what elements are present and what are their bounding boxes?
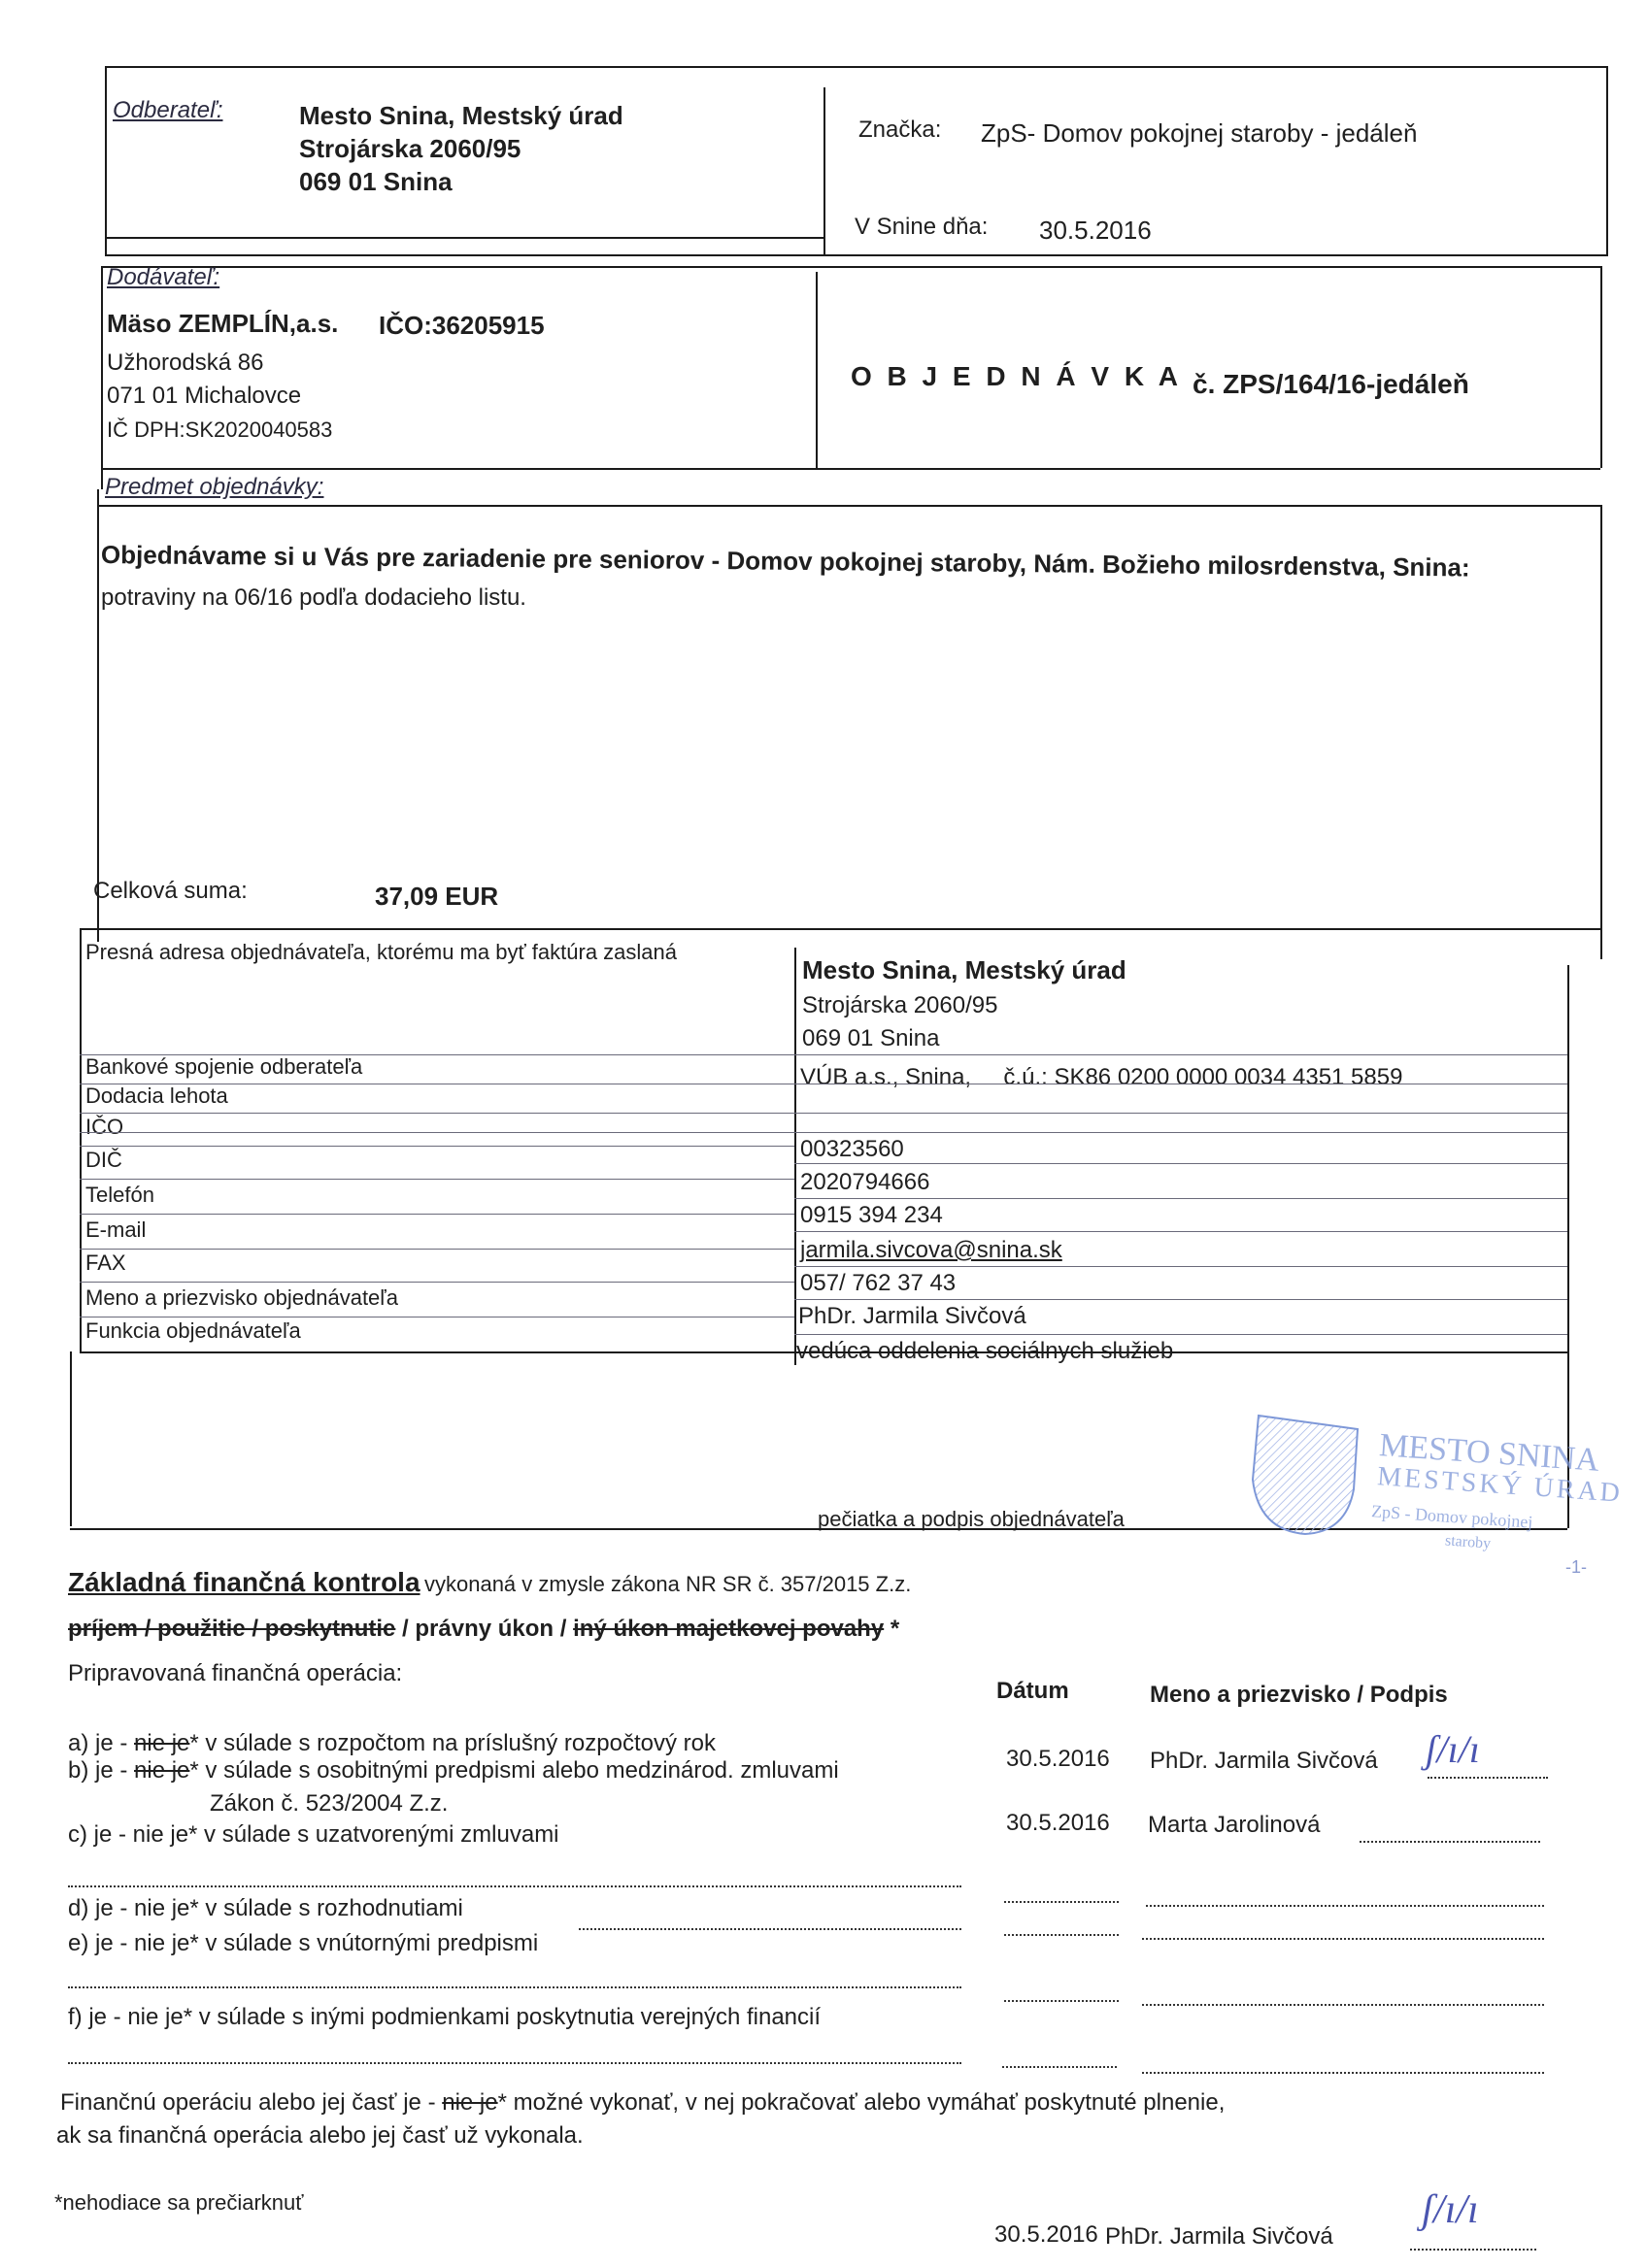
struck-type-1: príjem / použitie / poskytnutie (68, 1616, 395, 1642)
billing-row-label: Dodacia lehota (85, 1084, 228, 1109)
footnote: *nehodiace sa prečiarknuť (54, 2190, 304, 2216)
dotted-line-f (68, 2062, 961, 2064)
item-e: e) je - nie je* v súlade s vnútornými pr… (68, 1930, 538, 1957)
item-b: b) je - nie je* v súlade s osobitnými pr… (68, 1757, 839, 1784)
final-post: * možné vykonať, v nej pokračovať alebo … (498, 2089, 1226, 2116)
dotted-date-d (1004, 1901, 1119, 1903)
prep-label: Pripravovaná finančná operácia: (68, 1660, 402, 1687)
item-f: f) je - nie je* v súlade s inými podmien… (68, 2004, 821, 2031)
supplier-right-border (1600, 266, 1602, 468)
item-b-pre: b) je - (68, 1757, 134, 1784)
top-bottom-line (105, 237, 823, 239)
dotted-date-f (1004, 2000, 1119, 2002)
stamp-left-border (70, 1351, 72, 1526)
billing-top-line (80, 928, 1602, 930)
control-heading: Základná finančná kontrola vykonaná v zm… (68, 1567, 911, 1598)
item-d: d) je - nie je* v súlade s rozhodnutiami (68, 1895, 463, 1922)
top-divider (823, 87, 825, 256)
buyer-label: Odberateľ: (113, 97, 222, 124)
stamp-line-4: staroby (1444, 1532, 1491, 1552)
dotted-line-e (68, 1986, 961, 1988)
subject-line2: potraviny na 06/16 podľa dodacieho listu… (101, 584, 526, 612)
supplier-left-border (101, 266, 103, 489)
final-sig-name: PhDr. Jarmila Sivčová (1105, 2223, 1333, 2251)
row-divider (794, 1198, 1567, 1199)
row-divider (794, 1231, 1567, 1232)
billing-row-bank: Bankové spojenie odberateľa VÚB a.s., Sn… (80, 1054, 1567, 1084)
final-sig-line (1410, 2249, 1536, 2251)
dotted-name-e (1142, 1938, 1544, 1940)
billing-row-label: E-mail (85, 1217, 146, 1243)
type-asterisk: * (884, 1616, 899, 1642)
order-number: č. ZPS/164/16-jedáleň (1193, 369, 1469, 400)
billing-row-name: Meno a priezvisko objednávateľa (80, 1282, 794, 1315)
final-statement-1: Finančnú operáciu alebo jej časť je - ni… (60, 2089, 1225, 2117)
billing-row-label: Funkcia objednávateľa (85, 1318, 301, 1344)
supplier-ico: IČO:36205915 (379, 311, 545, 341)
billing-row-function: Funkcia objednávateľa (80, 1317, 794, 1350)
subject-right-border (1600, 505, 1602, 959)
billing-divider (794, 948, 796, 1365)
billing-row-fax: FAX (80, 1249, 794, 1282)
billing-address-city: 069 01 Snina (802, 1025, 939, 1052)
buyer-street: Strojárska 2060/95 (299, 134, 521, 164)
billing-bottom-line (80, 1351, 1567, 1353)
billing-row-label: FAX (85, 1251, 126, 1276)
billing-address-label: Presná adresa objednávateľa, ktorému ma … (85, 940, 677, 965)
sig-2-line (1360, 1841, 1540, 1843)
signature-final: ʃ/ı/ı (1422, 2186, 1479, 2233)
supplier-vat: IČ DPH:SK2020040583 (107, 417, 332, 443)
supplier-divider (816, 272, 818, 468)
dotted-name-d (1146, 1905, 1544, 1907)
billing-row-label: Bankové spojenie odberateľa (85, 1054, 362, 1080)
sig-1-date: 30.5.2016 (1006, 1746, 1110, 1773)
dotted-date-g (1002, 2066, 1117, 2068)
supplier-street: Užhorodská 86 (107, 350, 263, 377)
billing-row-value: 0915 394 234 (800, 1202, 943, 1229)
subject-label: Predmet objednávky: (105, 474, 323, 501)
sig-1-line (1428, 1777, 1548, 1779)
col-date-header: Dátum (996, 1678, 1069, 1705)
control-title: Základná finančná kontrola (68, 1567, 420, 1597)
row-divider (794, 1299, 1567, 1300)
billing-row-label: IČO (85, 1115, 123, 1140)
buyer-name: Mesto Snina, Mestský úrad (299, 101, 623, 131)
row-divider (80, 1132, 1567, 1133)
subject-left-border (97, 489, 99, 942)
email-link[interactable]: jarmila.sivcova@snina.sk (800, 1237, 1062, 1264)
dotted-line-c (68, 1885, 961, 1887)
kept-type: / právny úkon / (395, 1616, 573, 1642)
signature-1: ʃ/ı/ı (1426, 1726, 1480, 1772)
date-value: 30.5.2016 (1039, 216, 1152, 246)
billing-row-label: DIČ (85, 1148, 122, 1173)
item-a-struck: nie je (134, 1730, 189, 1756)
supplier-city: 071 01 Michalovce (107, 383, 301, 410)
billing-row-phone: Telefón (80, 1179, 794, 1212)
supplier-bottom-line (101, 468, 1600, 470)
row-divider (794, 1163, 1567, 1164)
item-b-text: * v súlade s osobitnými predpismi alebo … (189, 1757, 838, 1784)
billing-row-email: E-mail (80, 1214, 794, 1247)
billing-row-value: 057/ 762 37 43 (800, 1270, 956, 1297)
coat-of-arms-icon (1249, 1412, 1363, 1536)
supplier-label: Dodávateľ: (107, 264, 219, 291)
ref-label: Značka: (858, 117, 941, 144)
dotted-name-g (1142, 2072, 1544, 2074)
order-title: O B J E D N Á V K A (851, 361, 1182, 392)
supplier-name: Mäso ZEMPLÍN,a.s. (107, 309, 338, 339)
billing-row-delivery: Dodacia lehota (80, 1084, 1567, 1113)
billing-row-value: 2020794666 (800, 1169, 929, 1196)
item-a-pre: a) je - (68, 1730, 134, 1756)
total-label: Celková suma: (93, 878, 248, 905)
ref-value: ZpS- Domov pokojnej staroby - jedáleň (981, 118, 1417, 149)
page-mark: -1- (1565, 1557, 1587, 1578)
item-a: a) je - nie je* v súlade s rozpočtom na … (68, 1730, 716, 1757)
supplier-top-line (101, 266, 1600, 268)
billing-address-street: Strojárska 2060/95 (802, 992, 997, 1019)
final-struck: nie je (442, 2089, 497, 2116)
billing-row-value: 00323560 (800, 1136, 904, 1163)
billing-row-dic: DIČ (80, 1146, 794, 1179)
col-name-header: Meno a priezvisko / Podpis (1150, 1682, 1448, 1709)
billing-row-value: PhDr. Jarmila Sivčová (798, 1303, 1026, 1330)
final-pre: Finančnú operáciu alebo jej časť je - (60, 2089, 442, 2116)
control-type-line: príjem / použitie / poskytnutie / právny… (68, 1616, 899, 1643)
billing-row-label: Telefón (85, 1183, 154, 1208)
item-c: c) je - nie je* v súlade s uzatvorenými … (68, 1821, 559, 1849)
final-statement-2: ak sa finančná operácia alebo jej časť u… (56, 2122, 584, 2150)
sig-1-name: PhDr. Jarmila Sivčová (1150, 1748, 1378, 1775)
buyer-city: 069 01 Snina (299, 167, 453, 197)
row-divider (794, 1266, 1567, 1267)
billing-row-label: Meno a priezvisko objednávateľa (85, 1285, 398, 1311)
item-a-text: * v súlade s rozpočtom na príslušný rozp… (189, 1730, 716, 1756)
dotted-line-d (579, 1928, 961, 1930)
date-label: V Snine dňa: (855, 214, 988, 241)
subject-top-line (97, 505, 1600, 507)
dotted-date-e (1004, 1934, 1119, 1936)
sig-2-date: 30.5.2016 (1006, 1810, 1110, 1837)
item-b-law: Zákon č. 523/2004 Z.z. (210, 1790, 448, 1818)
total-value: 37,09 EUR (375, 882, 498, 912)
row-divider (794, 1334, 1567, 1335)
final-sig-date: 30.5.2016 (994, 2221, 1098, 2249)
sig-2-name: Marta Jarolinová (1148, 1812, 1320, 1839)
dotted-name-f (1142, 2004, 1544, 2006)
billing-address-name: Mesto Snina, Mestský úrad (802, 955, 1126, 985)
struck-type-2: iný úkon majetkovej povahy (573, 1616, 884, 1642)
control-title-rest: vykonaná v zmysle zákona NR SR č. 357/20… (424, 1572, 911, 1596)
item-b-struck: nie je (134, 1757, 189, 1784)
subject-line1: Objednávame si u Vás pre zariadenie pre … (101, 540, 1470, 584)
